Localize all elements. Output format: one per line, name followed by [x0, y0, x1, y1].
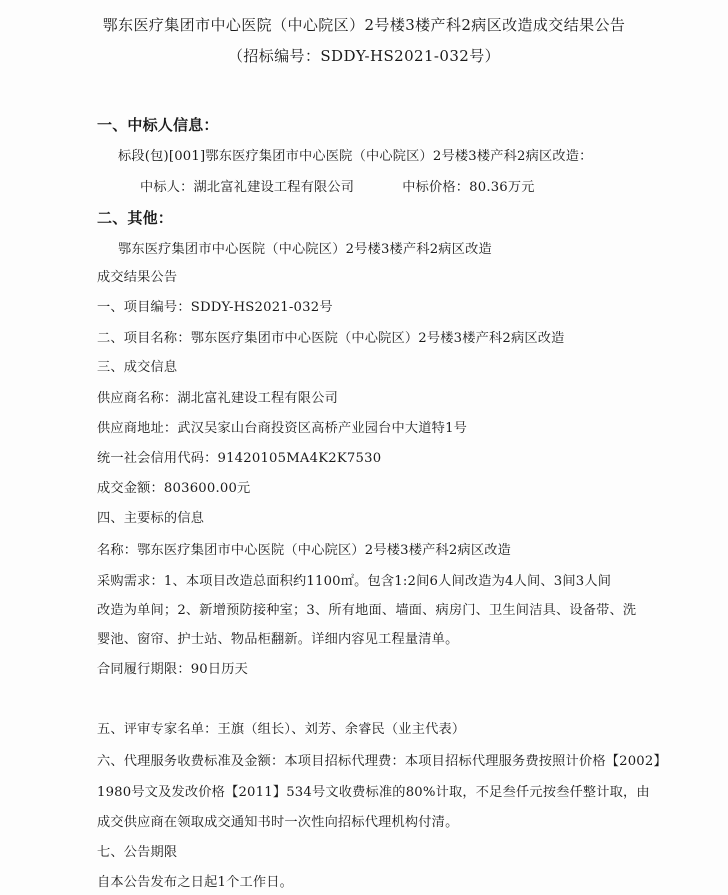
lot-description: 标段(包)[001]鄂东医疗集团市中心医院（中心院区）2号楼3楼产科2病区改造：: [118, 149, 593, 165]
notice-period-heading: 七、公告期限: [97, 845, 177, 861]
deal-amount: 成交金额：803600.00元: [97, 481, 250, 497]
document-subtitle: （招标编号：SDDY-HS2021-032号）: [0, 48, 728, 64]
winner-row: 中标人：湖北富礼建设工程有限公司中标价格：80.36万元: [140, 180, 535, 196]
intro-line-2: 成交结果公告: [97, 270, 177, 286]
fee-line-1: 六、代理服务收费标准及金额：本项目招标代理费：本项目招标代理服务费按照计价格【2…: [97, 754, 667, 770]
winner-name: 中标人：湖北富礼建设工程有限公司: [140, 180, 354, 195]
deal-info-heading: 三、成交信息: [97, 360, 177, 376]
fee-line-3: 成交供应商在领取成交通知书时一次性向招标代理机构付清。: [97, 815, 458, 831]
winner-price: 中标价格：80.36万元: [402, 180, 534, 195]
section-winner-heading: 一、中标人信息：: [97, 117, 219, 133]
fee-line-2: 1980号文及发改价格【2011】534号文收费标准的80%计取，不足叁仟元按叁…: [97, 785, 650, 801]
document-page: 鄂东医疗集团市中心医院（中心院区）2号楼3楼产科2病区改造成交结果公告 （招标编…: [0, 0, 728, 895]
intro-line-1: 鄂东医疗集团市中心医院（中心院区）2号楼3楼产科2病区改造: [118, 242, 492, 258]
requirements-line-1: 采购需求：1、本项目改造总面积约1100㎡。包含1:2间6人间改造为4人间、3间…: [97, 574, 611, 590]
requirements-line-2: 改造为单间；2、新增预防接种室；3、所有地面、墙面、病房门、卫生间洁具、设备带、…: [97, 603, 636, 619]
supplier-name: 供应商名称：湖北富礼建设工程有限公司: [97, 391, 338, 407]
section-other-heading: 二、其他：: [97, 210, 173, 226]
requirements-line-3: 婴池、窗帘、护士站、物品柜翻新。详细内容见工程量清单。: [97, 632, 458, 648]
project-number: 一、项目编号：SDDY-HS2021-032号: [97, 300, 333, 316]
contract-period: 合同履行期限：90日历天: [97, 662, 248, 678]
notice-period: 自本公告发布之日起1个工作日。: [97, 875, 293, 891]
expert-list: 五、评审专家名单：王旗（组长）、刘芳、余睿民（业主代表）: [97, 722, 465, 738]
subject-name: 名称：鄂东医疗集团市中心医院（中心院区）2号楼3楼产科2病区改造: [97, 543, 511, 559]
project-name: 二、项目名称：鄂东医疗集团市中心医院（中心院区）2号楼3楼产科2病区改造: [97, 331, 565, 347]
credit-code: 统一社会信用代码：91420105MA4K2K7530: [97, 451, 381, 467]
supplier-address: 供应商地址：武汉吴家山台商投资区高桥产业园台中大道特1号: [97, 421, 467, 437]
document-title: 鄂东医疗集团市中心医院（中心院区）2号楼3楼产科2病区改造成交结果公告: [0, 17, 728, 33]
subject-heading: 四、主要标的信息: [97, 511, 204, 527]
